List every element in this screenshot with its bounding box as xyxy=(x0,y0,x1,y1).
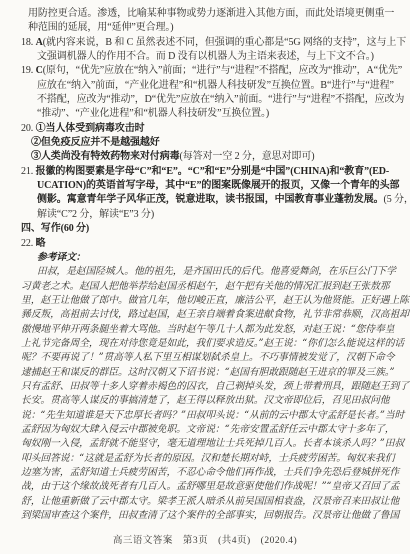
text-segment: “推动”、“产业化进程”和“机器人科技研发”互换位置。) xyxy=(37,108,269,119)
text-segment: 到梁国审查这个案件，田叔查清了这个案件的全部事实，回朝报告。汉景帝让他做了鲁国 xyxy=(21,510,399,521)
text-segment: 说：“先生知道谁是天下忠厚长者吗？”田叔叩头说：“从前的云中郡太守孟舒是长者。”… xyxy=(21,410,404,421)
text-line: 只有孟舒、田叔等十多人穿着赤褐色的囚衣，自己剃掉头发，颈上带着刑具，跟随赵王到了 xyxy=(21,380,398,394)
text-line: 用防控更合适。渗透，比喻某种事物或势力逐渐进入其他方面，而此处语境更侧重一 xyxy=(21,7,398,21)
text-segment: 孟舒因为匈奴大肆入侵云中郡被免职。文帝说：“先帝安置孟舒任云中郡太守十多年了， xyxy=(21,424,394,435)
text-segment: UCATION)的英语首写字母，其中“E”的图案既像展开的报页，又像一个青年的头… xyxy=(37,180,399,191)
text-line: 上礼节完备周全，现在对待您竟是如此，我们要求造反。”赵王说：“你们怎么能说这样的… xyxy=(21,337,398,351)
text-segment: (5 分， xyxy=(384,194,410,205)
text-segment: 文强调机器人的作用不合。而 D 没有以机器人为主语来表述，与上下文不合。) xyxy=(37,51,374,62)
text-segment: 上礼节完备周全，现在对待您竟是如此，我们要求造反。”赵王说：“你们怎么能说这样的… xyxy=(21,338,404,349)
text-line: 参考译文： xyxy=(21,251,398,265)
text-segment: 应放在“纳入”前面，“产业化进程”和“机器人科技研发”互换位置。B“进行”与“进… xyxy=(37,80,394,91)
text-line: 22. 略 xyxy=(21,237,398,251)
text-segment: 舒，让他重新做了云中郡太守。梁孝王派人暗杀从前吴国国相袁盎，汉景帝召来田叔让他 xyxy=(21,496,399,507)
text-segment: 不搭配，应改为“推动”，D“优先”应放在“纳入”前面。“进行”与“进程”不搭配，… xyxy=(37,94,404,105)
text-line: 文强调机器人的作用不合。而 D 没有以机器人为主语来表述，与上下文不合。) xyxy=(21,50,398,64)
text-line: “推动”、“产业化进程”和“机器人科技研发”互换位置。) xyxy=(21,107,398,121)
text-segment: 解读“C”2 分，解读“E”3 分) xyxy=(37,209,154,220)
text-segment: 略 xyxy=(36,238,46,249)
text-segment: (每答对一空 2 分，意思对即可) xyxy=(180,151,315,162)
text-line: 解读“C”2 分，解读“E”3 分) xyxy=(21,208,398,222)
text-segment: ②但免疫反应并不是越强越好 xyxy=(31,137,160,148)
text-segment: 报徽的构图要素是字母“C”和“E”。“C”和“E”分别是“中国”(CHINA)和… xyxy=(36,166,390,177)
text-line: 侧影。寓意青年学子风华正茂，锐意进取，读书报国，中国教育事业蓬勃发展。(5 分， xyxy=(21,193,398,207)
text-segment: 侧影。寓意青年学子风华正茂，锐意进取，读书报国，中国教育事业蓬勃发展。 xyxy=(37,194,384,205)
text-line: 说：“先生知道谁是天下忠厚长者吗？”田叔叩头说：“从前的云中郡太守孟舒是长者。”… xyxy=(21,409,398,423)
text-segment: 22. xyxy=(21,238,36,249)
text-line: 呢？不要再说了！”贯高等人私下里互相谋划弑杀皇上。不巧事情被发觉了，汉朝下命令 xyxy=(21,351,398,365)
text-segment: 四、写作(60 分) xyxy=(21,223,89,234)
text-line: 18. A(就内容来说，B 和 C 虽然表述不同，但强调的重心都是“5G 网络的… xyxy=(21,36,398,50)
text-segment: 逮捕赵王和谋反的群臣。这时汉朝又下诏书说：“赵国有胆敢跟随赵王进京的罪及三族。” xyxy=(21,367,394,378)
text-line: 20. ①当人体受到病毒攻击时 xyxy=(21,122,398,136)
text-line: 匈奴刚一入侵，孟舒就不能坚守，毫无道理地让士兵死掉几百人。长者本该杀人吗？”田叔 xyxy=(21,437,398,451)
text-segment: 习黄老之术。赵国人把他举荐给赵国丞相赵午，赵午把有关他的情况汇报到赵王张敖那 xyxy=(21,281,389,292)
text-segment: 叩头回答说：“这就是孟舒为长者的原因。汉和楚长期对峙，士兵疲劳困苦。匈奴来我们 xyxy=(21,453,394,464)
text-line: 应放在“纳入”前面，“产业化进程”和“机器人科技研发”互换位置。B“进行”与“进… xyxy=(21,79,398,93)
text-segment: 战，由于这个缘故战死者有几百人。孟舒哪里是故意驱使他们作战呢！”“皇帝又召回了孟 xyxy=(21,481,399,492)
text-line: 四、写作(60 分) xyxy=(21,222,398,236)
text-line: 田叔，是赵国陉城人。他的祖先，是齐国田氏的后代。他喜爱舞剑，在乐巨公门下学 xyxy=(21,265,398,279)
text-line: ②但免疫反应并不是越强越好 xyxy=(21,136,398,150)
text-line: 长安。贯高等人谋反的事搞清楚了，赵王得以释放出狱。汉文帝即位后，召见田叔问他 xyxy=(21,394,398,408)
text-line: UCATION)的英语首写字母，其中“E”的图案既像展开的报页，又像一个青年的头… xyxy=(21,179,398,193)
text-segment: A xyxy=(36,37,43,48)
text-segment: C xyxy=(36,65,43,76)
text-segment: 19. xyxy=(21,65,36,76)
text-line: 舒，让他重新做了云中郡太守。梁孝王派人暗杀从前吴国国相袁盎，汉景帝召来田叔让他 xyxy=(21,495,398,509)
text-segment: 长安。贯高等人谋反的事搞清楚了，赵王得以释放出狱。汉文帝即位后，召见田叔问他 xyxy=(21,395,389,406)
text-line: 边塞为害，孟舒知道士兵疲劳困苦，不忍心命令他们再作战，士兵们争先恐后登城拼死作 xyxy=(21,466,398,480)
text-line: 到梁国审查这个案件，田叔查清了这个案件的全部事实，回朝报告。汉景帝让他做了鲁国 xyxy=(21,509,398,523)
text-segment: (就内容来说，B 和 C 虽然表述不同，但强调的重心都是“5G 网络的支持”，这… xyxy=(43,37,406,48)
text-line: ③人类尚没有特效药物来对付病毒(每答对一空 2 分，意思对即可) xyxy=(21,150,398,164)
text-line: 种范围的延展，用“延伸”更合理。) xyxy=(21,21,398,35)
text-line: 傲慢地平伸开两条腿坐着大骂他。当时赵午等几十人都为此发怒，对赵王说：“您侍奉皇 xyxy=(21,323,398,337)
text-segment: 20. xyxy=(21,123,36,134)
scanned-answer-page: 用防控更合适。渗透，比喻某种事物或势力逐渐进入其他方面，而此处语境更侧重一种范围… xyxy=(0,0,410,554)
text-line: 豨反叛，高祖前去讨伐，路过赵国，赵王亲自端着食案进献食物，礼节非常恭顺，汉高祖却 xyxy=(21,308,398,322)
text-segment: 傲慢地平伸开两条腿坐着大骂他。当时赵午等几十人都为此发怒，对赵王说：“您侍奉皇 xyxy=(21,324,394,335)
text-segment: 21. xyxy=(21,166,36,177)
text-segment: 匈奴刚一入侵，孟舒就不能坚守，毫无道理地让士兵死掉几百人。长者本该杀人吗？”田叔 xyxy=(21,438,404,449)
text-line: 里，赵王让他做了郎中。做官几年，他切峻正直，廉洁公平，赵王认为他贤能。正好遇上陈 xyxy=(21,294,398,308)
footer-text: 高三语文答案 第3页 (共4页) (2020.4) xyxy=(113,536,297,546)
document-body: 用防控更合适。渗透，比喻某种事物或势力逐渐进入其他方面，而此处语境更侧重一种范围… xyxy=(21,7,398,523)
text-segment: 种范围的延展，用“延伸”更合理。) xyxy=(28,22,174,33)
text-segment: 里，赵王让他做了郎中。做官几年，他切峻正直，廉洁公平，赵王认为他贤能。正好遇上陈 xyxy=(21,295,409,306)
text-line: 21. 报徽的构图要素是字母“C”和“E”。“C”和“E”分别是“中国”(CHI… xyxy=(21,165,398,179)
page-footer: 高三语文答案 第3页 (共4页) (2020.4) xyxy=(0,532,410,546)
text-segment: 呢？不要再说了！”贯高等人私下里互相谋划弑杀皇上。不巧事情被发觉了，汉朝下命令 xyxy=(21,352,394,363)
text-line: 战，由于这个缘故战死者有几百人。孟舒哪里是故意驱使他们作战呢！”“皇帝又召回了孟 xyxy=(21,480,398,494)
text-segment: 只有孟舒、田叔等十多人穿着赤褐色的囚衣，自己剃掉头发，颈上带着刑具，跟随赵王到了 xyxy=(21,381,409,392)
text-segment: (原句，“优先”应放在“纳入”前面；“进行”与“进程”不搭配，应改为“推动”，A… xyxy=(43,65,402,76)
text-segment: ③人类尚没有特效药物来对付病毒 xyxy=(31,151,180,162)
text-line: 叩头回答说：“这就是孟舒为长者的原因。汉和楚长期对峙，士兵疲劳困苦。匈奴来我们 xyxy=(21,452,398,466)
text-line: 习黄老之术。赵国人把他举荐给赵国丞相赵午，赵午把有关他的情况汇报到赵王张敖那 xyxy=(21,280,398,294)
text-segment: 豨反叛，高祖前去讨伐，路过赵国，赵王亲自端着食案进献食物，礼节非常恭顺，汉高祖却 xyxy=(21,309,409,320)
text-segment: 田叔，是赵国陉城人。他的祖先，是齐国田氏的后代。他喜爱舞剑，在乐巨公门下学 xyxy=(37,266,396,277)
text-segment: 参考译文： xyxy=(37,252,85,263)
text-segment: 边塞为害，孟舒知道士兵疲劳困苦，不忍心命令他们再作战，士兵们争先恐后登城拼死作 xyxy=(21,467,399,478)
text-segment: 用防控更合适。渗透，比喻某种事物或势力逐渐进入其他方面，而此处语境更侧重一 xyxy=(28,8,394,19)
text-line: 不搭配，应改为“推动”，D“优先”应放在“纳入”前面。“进行”与“进程”不搭配，… xyxy=(21,93,398,107)
text-segment: ①当人体受到病毒攻击时 xyxy=(36,123,145,134)
text-segment: 18. xyxy=(21,37,36,48)
text-line: 19. C(原句，“优先”应放在“纳入”前面；“进行”与“进程”不搭配，应改为“… xyxy=(21,64,398,78)
text-line: 孟舒因为匈奴大肆入侵云中郡被免职。文帝说：“先帝安置孟舒任云中郡太守十多年了， xyxy=(21,423,398,437)
text-line: 逮捕赵王和谋反的群臣。这时汉朝又下诏书说：“赵国有胆敢跟随赵王进京的罪及三族。” xyxy=(21,366,398,380)
